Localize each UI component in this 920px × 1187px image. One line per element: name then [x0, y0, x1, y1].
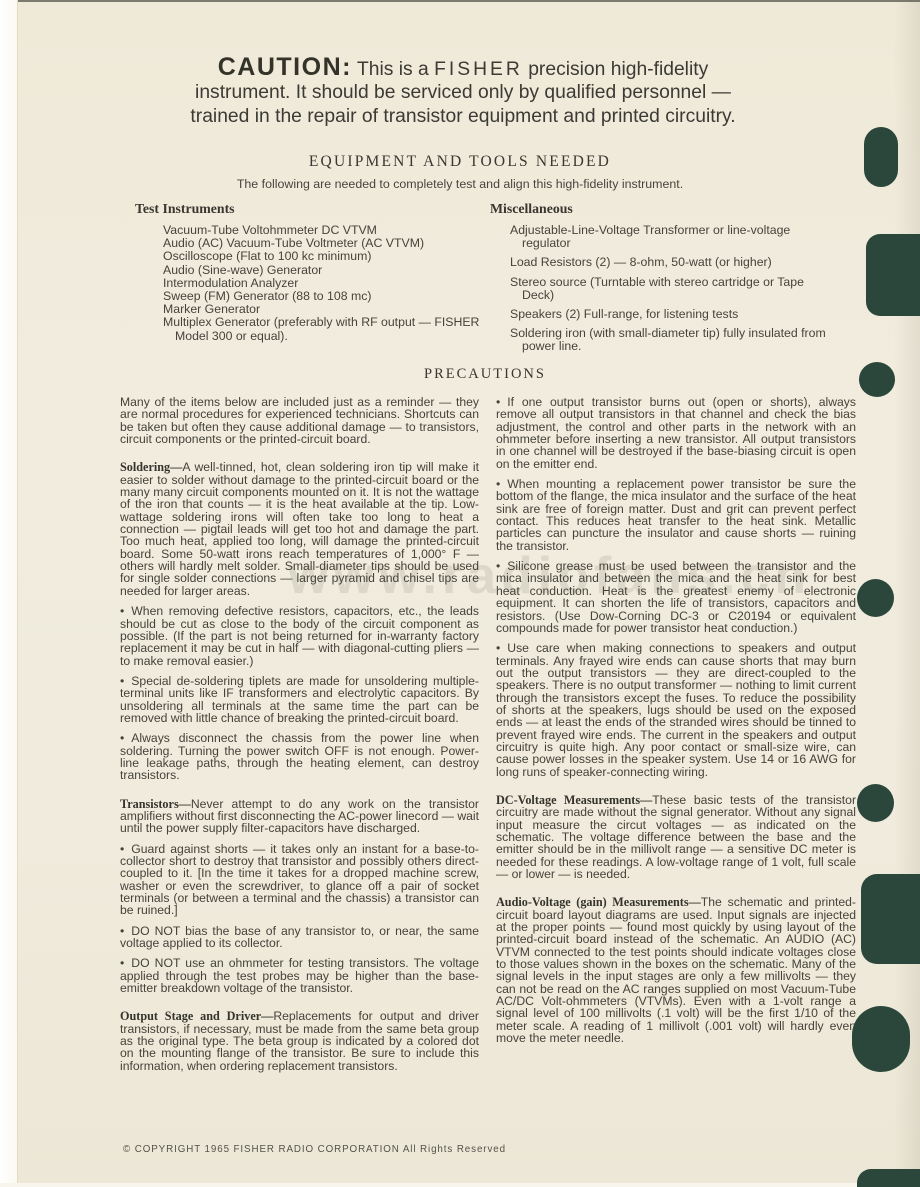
precaution-bullet-item: •Use care when making connections to spe…: [496, 642, 856, 778]
caution-brand: FISHER: [434, 59, 523, 80]
precaution-bullet-item: •DO NOT bias the base of any transistor …: [120, 925, 479, 950]
scanned-manual-page: www.radiofans.cn CAUTION: This is a FISH…: [0, 0, 920, 1187]
precaution-paragraph: DC-Voltage Measurements—These basic test…: [496, 794, 856, 880]
equipment-item: Load Resistors (2) — 8-ohm, 50-watt (or …: [510, 256, 835, 269]
equipment-item: Audio (Sine-wave) Generator: [163, 264, 485, 277]
equipment-section-subtitle: The following are needed to completely t…: [0, 177, 920, 191]
bullet-icon: •: [496, 477, 507, 491]
miscellaneous-list: Adjustable-Line-Voltage Transformer or l…: [490, 224, 835, 354]
precaution-bullet-item: •If one output transistor burns out (ope…: [496, 396, 856, 470]
bullet-icon: •: [496, 559, 507, 573]
equipment-item: Stereo source (Turntable with stereo car…: [510, 276, 835, 302]
precaution-paragraph: Audio-Voltage (gain) Measurements—The sc…: [496, 896, 856, 1044]
precautions-section-title: PRECAUTIONS: [25, 366, 920, 383]
precaution-bullet-item: •When mounting a replacement power trans…: [496, 478, 856, 552]
caution-label: CAUTION:: [218, 53, 352, 81]
bullet-icon: •: [120, 731, 131, 745]
equipment-column-miscellaneous: Miscellaneous Adjustable-Line-Voltage Tr…: [490, 201, 835, 360]
paragraph-lead: Audio-Voltage (gain) Measurements—: [496, 895, 701, 909]
bullet-icon: •: [120, 674, 131, 688]
precaution-bullet-item: •Guard against shorts — it takes only an…: [120, 843, 479, 917]
precaution-paragraph: Output Stage and Driver—Replacements for…: [120, 1010, 479, 1072]
binding-hole-mark: [857, 784, 894, 822]
binding-hole-mark: [857, 1169, 920, 1187]
equipment-item: Adjustable-Line-Voltage Transformer or l…: [510, 224, 835, 250]
binding-hole-mark: [866, 234, 920, 316]
precaution-bullet-item: •When removing defective resistors, capa…: [120, 605, 479, 667]
precaution-bullet-item: •Silicone grease must be used between th…: [496, 560, 856, 634]
column-heading-test-instruments: Test Instruments: [135, 201, 485, 217]
equipment-column-test-instruments: Test Instruments Vacuum-Tube Voltohmmete…: [135, 201, 485, 343]
precaution-bullet-item: •Always disconnect the chassis from the …: [120, 732, 479, 781]
equipment-item: Speakers (2) Full-range, for listening t…: [510, 308, 835, 321]
binding-hole-mark: [859, 362, 895, 397]
equipment-item: Multiplex Generator (preferably with RF …: [163, 316, 485, 342]
bullet-icon: •: [120, 842, 131, 856]
equipment-item: Soldering iron (with small-diameter tip)…: [510, 327, 835, 353]
precautions-right-column: •If one output transistor burns out (ope…: [496, 396, 856, 1045]
precaution-paragraph: Many of the items below are included jus…: [120, 396, 479, 445]
precaution-bullet-item: •DO NOT use an ohmmeter for testing tran…: [120, 957, 479, 994]
scan-edge-top: [18, 0, 920, 2]
caution-notice: CAUTION: This is a FISHER precision high…: [185, 56, 741, 128]
bullet-icon: •: [496, 641, 507, 655]
caution-text-pre: This is a: [352, 59, 434, 80]
bullet-icon: •: [120, 924, 131, 938]
paragraph-lead: Output Stage and Driver—: [120, 1009, 273, 1023]
paragraph-lead: Transistors—: [120, 797, 191, 811]
binding-hole-mark: [861, 874, 920, 964]
precautions-left-column: Many of the items below are included jus…: [120, 396, 479, 1072]
bullet-icon: •: [496, 395, 507, 409]
column-heading-miscellaneous: Miscellaneous: [490, 201, 835, 217]
test-instruments-list: Vacuum-Tube Voltohmmeter DC VTVMAudio (A…: [135, 224, 485, 343]
copyright-footer: © COPYRIGHT 1965 FISHER RADIO CORPORATIO…: [123, 1144, 506, 1155]
paragraph-lead: Soldering—: [120, 460, 182, 474]
precaution-paragraph: Soldering—A well-tinned, hot, clean sold…: [120, 461, 479, 597]
binding-hole-mark: [852, 1006, 910, 1072]
paragraph-lead: DC-Voltage Measurements—: [496, 793, 652, 807]
equipment-section-title: EQUIPMENT AND TOOLS NEEDED: [0, 153, 920, 171]
scan-edge-bottom: [0, 1183, 920, 1187]
precaution-paragraph: Transistors—Never attempt to do any work…: [120, 798, 479, 835]
equipment-item: Oscilloscope (Flat to 100 kc minimum): [163, 250, 485, 263]
binding-hole-mark: [864, 127, 898, 187]
bullet-icon: •: [120, 604, 131, 618]
bullet-icon: •: [120, 956, 131, 970]
binding-hole-mark: [857, 579, 894, 617]
precaution-bullet-item: •Special de-soldering tiplets are made f…: [120, 675, 479, 724]
